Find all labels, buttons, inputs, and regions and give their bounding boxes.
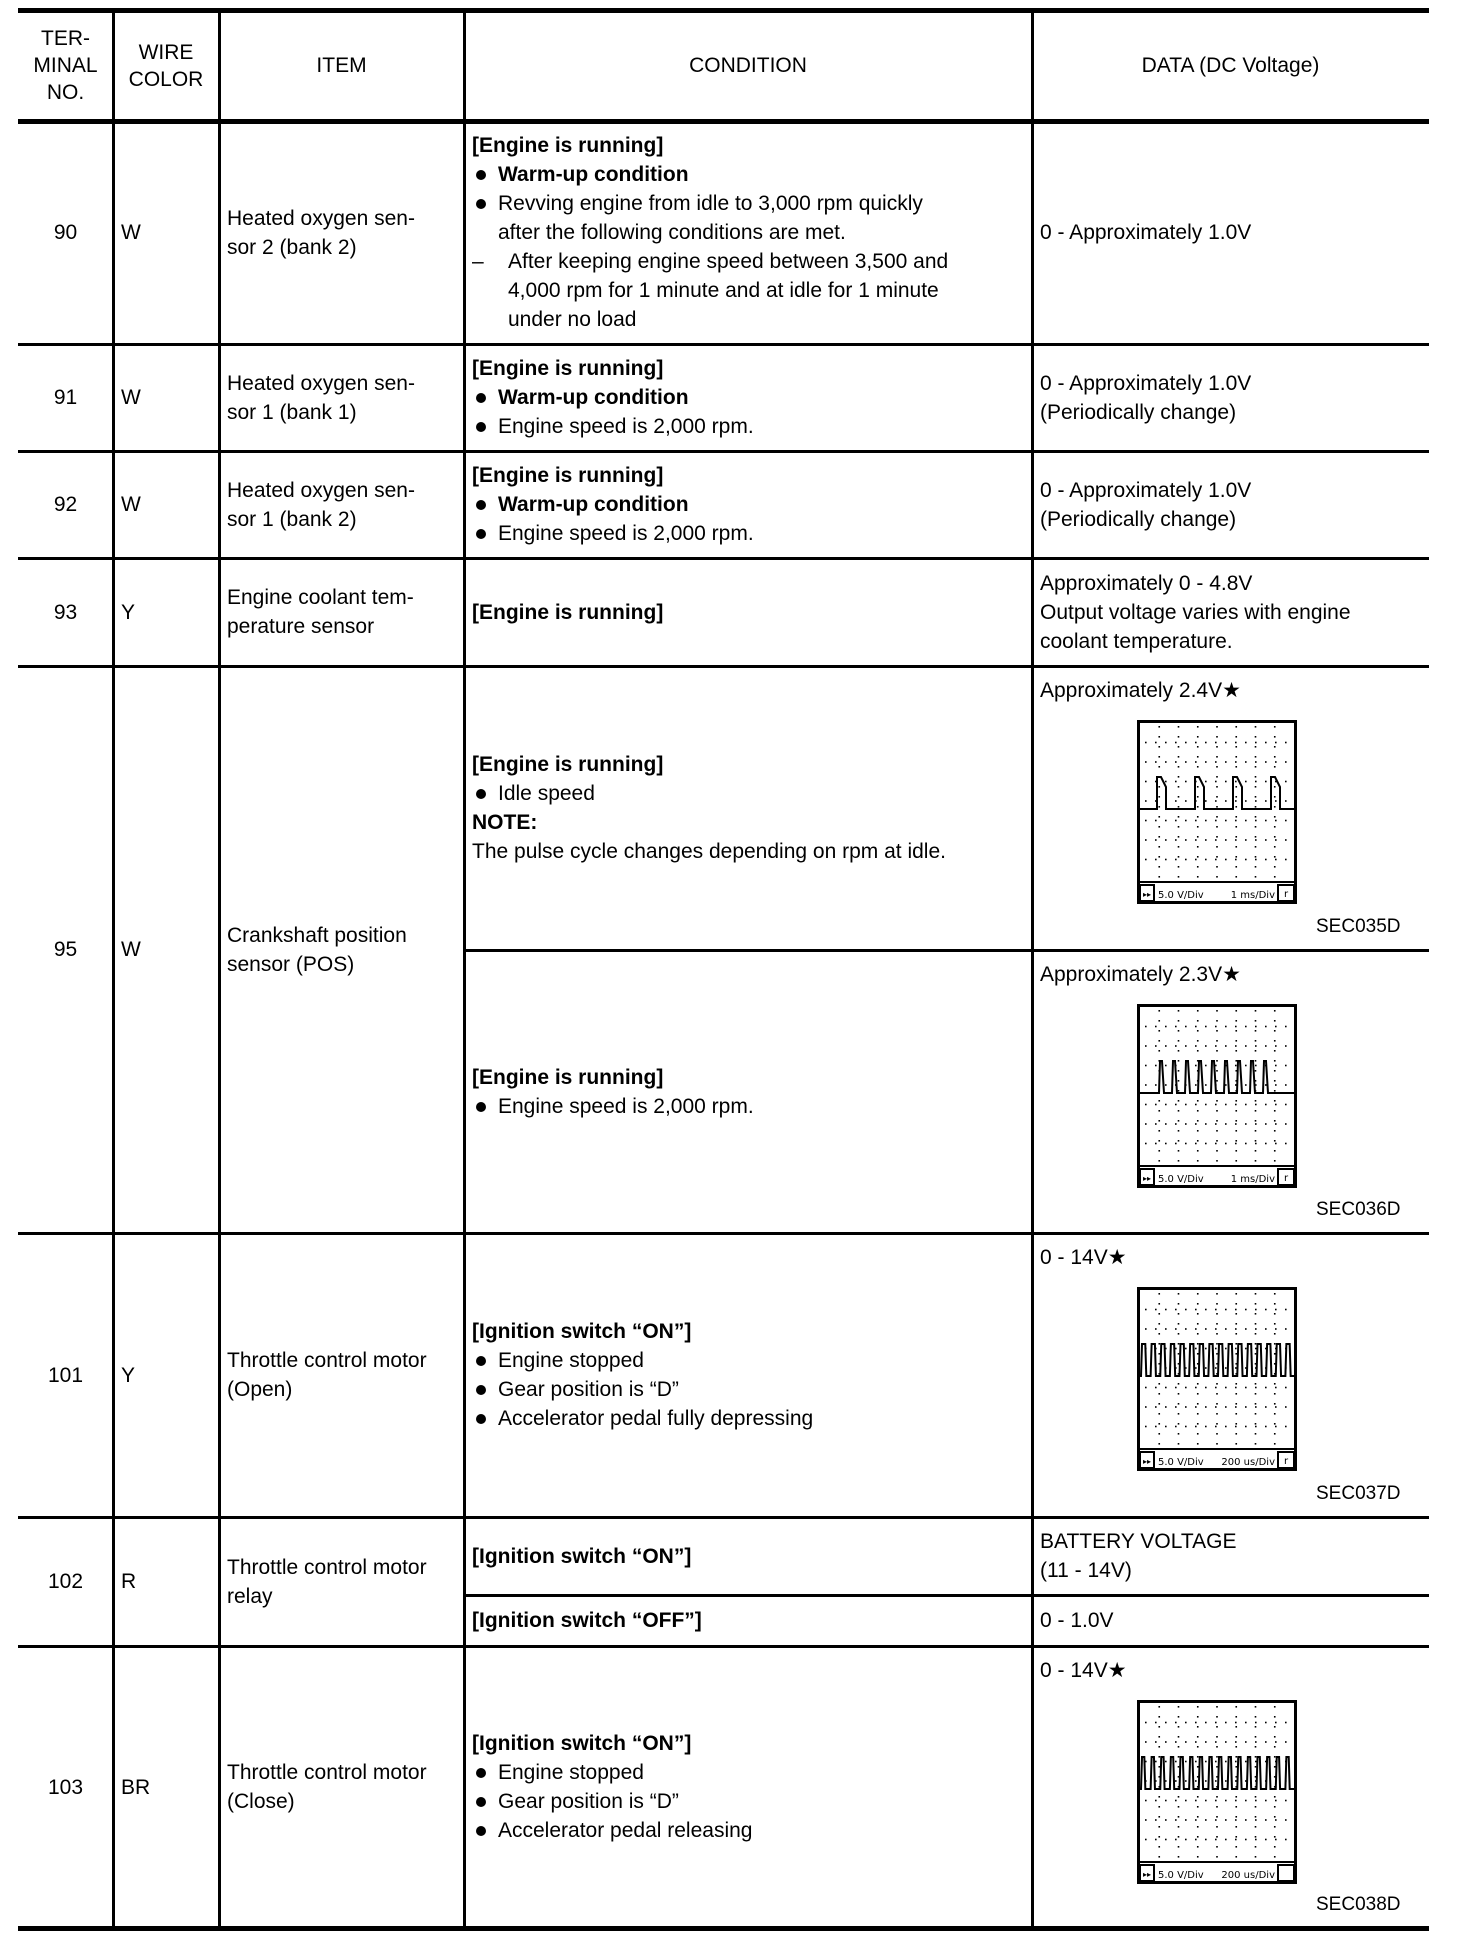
header-wire-color-line: WIRE [129, 39, 204, 66]
wire-color-cell: W [121, 344, 219, 451]
condition-bullet: Accelerator pedal fully depressing [472, 1404, 1028, 1433]
condition-bullet: Warm-up condition [472, 383, 1028, 412]
data-value: Output voltage varies with engine [1040, 598, 1425, 627]
condition-bullet: Engine stopped [472, 1758, 1028, 1787]
wire-color-cell: R [121, 1517, 219, 1646]
terminal-number: 90 [54, 218, 77, 247]
condition-heading: [Engine is running] [472, 461, 1028, 490]
data-value: 0 - 14V★ [1040, 1243, 1425, 1272]
data-cell: 0 - Approximately 1.0V [1040, 125, 1425, 340]
condition-cell: [Engine is running]Idle speedNOTE:The pu… [472, 670, 1028, 946]
header-item-text: ITEM [316, 52, 366, 79]
condition-cell: [Ignition switch “ON”] [472, 1521, 1028, 1591]
condition-heading: [Engine is running] [472, 131, 1028, 160]
item-name: Heated oxygen sen- [227, 369, 464, 398]
item-name: Throttle control motor [227, 1346, 464, 1375]
svg-text:▸▸: ▸▸ [1143, 890, 1151, 899]
svg-text:1 ms/Div: 1 ms/Div [1231, 890, 1275, 901]
data-cell: 0 - Approximately 1.0V(Periodically chan… [1040, 348, 1425, 447]
condition-subitem: After keeping engine speed between 3,500… [472, 247, 1028, 276]
condition-bullet: Gear position is “D” [472, 1375, 1028, 1404]
terminal-no-cell: 101 [18, 1233, 113, 1517]
data-value: 0 - Approximately 1.0V [1040, 369, 1425, 398]
data-value: BATTERY VOLTAGE [1040, 1527, 1425, 1556]
rule-line [464, 949, 1429, 952]
wire-color: BR [121, 1773, 219, 1802]
figure-code: SEC037D [1316, 1483, 1401, 1505]
item-name: sor 2 (bank 2) [227, 233, 464, 262]
terminal-no-cell: 92 [18, 451, 113, 558]
condition-cell: [Engine is running]Warm-up conditionEngi… [472, 348, 1028, 447]
wire-color-cell: Y [121, 1233, 219, 1517]
svg-text:1 ms/Div: 1 ms/Div [1231, 1174, 1275, 1185]
header-data-line: DATA (DC Voltage) [1142, 52, 1320, 79]
oscilloscope-waveform: ▸▸5.0 V/Div200 us/Div [1137, 1700, 1297, 1884]
condition-cell: [Engine is running]Warm-up conditionRevv… [472, 125, 1028, 340]
condition-bullet: Revving engine from idle to 3,000 rpm qu… [472, 189, 1028, 218]
figure-code: SEC036D [1316, 1199, 1401, 1221]
data-value: Approximately 2.4V★ [1040, 676, 1425, 705]
data-cell: Approximately 2.4V★ [1040, 676, 1425, 706]
data-value: 0 - Approximately 1.0V [1040, 476, 1425, 505]
data-cell: 0 - 14V★ [1040, 1243, 1425, 1273]
condition-bullet: Engine speed is 2,000 rpm. [472, 519, 1028, 548]
data-cell: Approximately 0 - 4.8VOutput voltage var… [1040, 562, 1425, 662]
condition-text: The pulse cycle changes depending on rpm… [472, 837, 1028, 866]
data-value: coolant temperature. [1040, 627, 1425, 656]
terminal-no-cell: 102 [18, 1517, 113, 1646]
data-cell: Approximately 2.3V★ [1040, 960, 1425, 990]
header-wire-color: WIRECOLOR [113, 10, 219, 121]
terminal-number: 92 [54, 490, 77, 519]
header-terminal-no: TER-MINALNO. [18, 10, 113, 121]
condition-heading: [Engine is running] [472, 598, 1028, 627]
terminal-number: 103 [48, 1773, 83, 1802]
data-value: Approximately 2.3V★ [1040, 960, 1425, 989]
svg-text:▸▸: ▸▸ [1143, 1870, 1151, 1879]
item-cell: Throttle control motorrelay [227, 1517, 464, 1646]
condition-text: after the following conditions are met. [472, 218, 1028, 247]
header-data-text: DATA (DC Voltage) [1142, 52, 1320, 79]
header-data: DATA (DC Voltage) [1032, 10, 1429, 121]
item-cell: Heated oxygen sen-sor 2 (bank 2) [227, 121, 464, 344]
condition-cell: [Ignition switch “OFF”] [472, 1599, 1028, 1642]
data-value: (11 - 14V) [1040, 1556, 1425, 1585]
data-cell: 0 - Approximately 1.0V(Periodically chan… [1040, 455, 1425, 554]
oscilloscope-waveform: ▸▸5.0 V/Div200 us/Divr [1137, 1287, 1297, 1471]
data-value: 0 - 14V★ [1040, 1656, 1425, 1685]
header-terminal-no-line: NO. [33, 79, 97, 106]
header-terminal-no-line: TER- [33, 25, 97, 52]
item-name: sensor (POS) [227, 950, 464, 979]
header-terminal-no-text: TER-MINALNO. [33, 25, 97, 106]
condition-bullet: Accelerator pedal releasing [472, 1816, 1028, 1845]
item-cell: Heated oxygen sen-sor 1 (bank 2) [227, 451, 464, 558]
condition-cell: [Engine is running]Engine speed is 2,000… [472, 954, 1028, 1229]
condition-heading: NOTE: [472, 808, 1028, 837]
condition-cell: [Ignition switch “ON”]Engine stoppedGear… [472, 1237, 1028, 1513]
condition-heading: [Engine is running] [472, 1063, 1028, 1092]
terminal-number: 91 [54, 383, 77, 412]
figure-code: SEC035D [1316, 916, 1401, 938]
data-value: (Periodically change) [1040, 398, 1425, 427]
svg-text:5.0 V/Div: 5.0 V/Div [1158, 1870, 1204, 1881]
item-name: Crankshaft position [227, 921, 464, 950]
wire-color: W [121, 218, 219, 247]
terminal-data-table: TER-MINALNO.WIRECOLORITEMCONDITIONDATA (… [0, 0, 1472, 1956]
header-item-line: ITEM [316, 52, 366, 79]
svg-text:▸▸: ▸▸ [1143, 1457, 1151, 1466]
terminal-no-cell: 90 [18, 121, 113, 344]
wire-color: Y [121, 1361, 219, 1390]
data-cell: 0 - 1.0V [1040, 1599, 1425, 1642]
condition-heading: [Ignition switch “ON”] [472, 1729, 1028, 1758]
data-cell: 0 - 14V★ [1040, 1656, 1425, 1686]
condition-bullet: Engine speed is 2,000 rpm. [472, 412, 1028, 441]
item-name: (Close) [227, 1787, 464, 1816]
wire-color: R [121, 1567, 219, 1596]
condition-heading: [Ignition switch “ON”] [472, 1542, 1028, 1571]
wire-color: W [121, 490, 219, 519]
terminal-number: 102 [48, 1567, 83, 1596]
item-name: Throttle control motor [227, 1758, 464, 1787]
wire-color-cell: W [121, 451, 219, 558]
terminal-number: 93 [54, 598, 77, 627]
oscilloscope-waveform: ▸▸5.0 V/Div1 ms/Divr [1137, 1004, 1297, 1188]
header-wire-color-text: WIRECOLOR [129, 39, 204, 93]
condition-heading: [Ignition switch “OFF”] [472, 1606, 1028, 1635]
item-name: Engine coolant tem- [227, 583, 464, 612]
terminal-no-cell: 93 [18, 558, 113, 666]
data-value: 0 - Approximately 1.0V [1040, 218, 1425, 247]
svg-text:5.0 V/Div: 5.0 V/Div [1158, 1174, 1204, 1185]
condition-heading: [Ignition switch “ON”] [472, 1317, 1028, 1346]
item-cell: Crankshaft positionsensor (POS) [227, 666, 464, 1233]
header-condition-line: CONDITION [689, 52, 807, 79]
terminal-number: 101 [48, 1361, 83, 1390]
wire-color-cell: BR [121, 1646, 219, 1928]
wire-color-cell: W [121, 666, 219, 1233]
svg-text:5.0 V/Div: 5.0 V/Div [1158, 890, 1204, 901]
item-name: Heated oxygen sen- [227, 476, 464, 505]
condition-cell: [Ignition switch “ON”]Engine stoppedGear… [472, 1650, 1028, 1924]
oscilloscope-waveform: ▸▸5.0 V/Div1 ms/Divr [1137, 720, 1297, 904]
terminal-no-cell: 91 [18, 344, 113, 451]
svg-text:200 us/Div: 200 us/Div [1221, 1457, 1275, 1468]
condition-bullet: Engine stopped [472, 1346, 1028, 1375]
terminal-number: 95 [54, 935, 77, 964]
condition-cell: [Engine is running] [472, 562, 1028, 662]
item-cell: Heated oxygen sen-sor 1 (bank 1) [227, 344, 464, 451]
wire-color: W [121, 935, 219, 964]
item-name: sor 1 (bank 2) [227, 505, 464, 534]
condition-bullet: Warm-up condition [472, 490, 1028, 519]
item-name: sor 1 (bank 1) [227, 398, 464, 427]
wire-color-cell: W [121, 121, 219, 344]
condition-cell: [Engine is running]Warm-up conditionEngi… [472, 455, 1028, 554]
svg-text:▸▸: ▸▸ [1143, 1174, 1151, 1183]
column-divider [1031, 10, 1034, 1928]
svg-text:5.0 V/Div: 5.0 V/Div [1158, 1457, 1204, 1468]
condition-heading: [Engine is running] [472, 354, 1028, 383]
condition-bullet: Warm-up condition [472, 160, 1028, 189]
terminal-no-cell: 103 [18, 1646, 113, 1928]
item-name: Heated oxygen sen- [227, 204, 464, 233]
item-name: perature sensor [227, 612, 464, 641]
item-cell: Throttle control motor(Close) [227, 1646, 464, 1928]
figure-code: SEC038D [1316, 1894, 1401, 1916]
item-cell: Throttle control motor(Open) [227, 1233, 464, 1517]
header-wire-color-line: COLOR [129, 66, 204, 93]
data-value: Approximately 0 - 4.8V [1040, 569, 1425, 598]
condition-bullet: Engine speed is 2,000 rpm. [472, 1092, 1028, 1121]
data-cell: BATTERY VOLTAGE(11 - 14V) [1040, 1521, 1425, 1591]
item-name: relay [227, 1582, 464, 1611]
data-value: 0 - 1.0V [1040, 1606, 1425, 1635]
condition-heading: [Engine is running] [472, 750, 1028, 779]
header-condition-text: CONDITION [689, 52, 807, 79]
wire-color: W [121, 383, 219, 412]
data-value: (Periodically change) [1040, 505, 1425, 534]
svg-text:200 us/Div: 200 us/Div [1221, 1870, 1275, 1881]
condition-text: under no load [472, 305, 1028, 334]
header-terminal-no-line: MINAL [33, 52, 97, 79]
item-cell: Engine coolant tem-perature sensor [227, 558, 464, 666]
header-item: ITEM [219, 10, 464, 121]
terminal-no-cell: 95 [18, 666, 113, 1233]
item-name: (Open) [227, 1375, 464, 1404]
wire-color: Y [121, 598, 219, 627]
item-name: Throttle control motor [227, 1553, 464, 1582]
condition-bullet: Gear position is “D” [472, 1787, 1028, 1816]
condition-bullet: Idle speed [472, 779, 1028, 808]
rule-line [464, 1594, 1429, 1597]
condition-text: 4,000 rpm for 1 minute and at idle for 1… [472, 276, 1028, 305]
wire-color-cell: Y [121, 558, 219, 666]
header-condition: CONDITION [464, 10, 1032, 121]
